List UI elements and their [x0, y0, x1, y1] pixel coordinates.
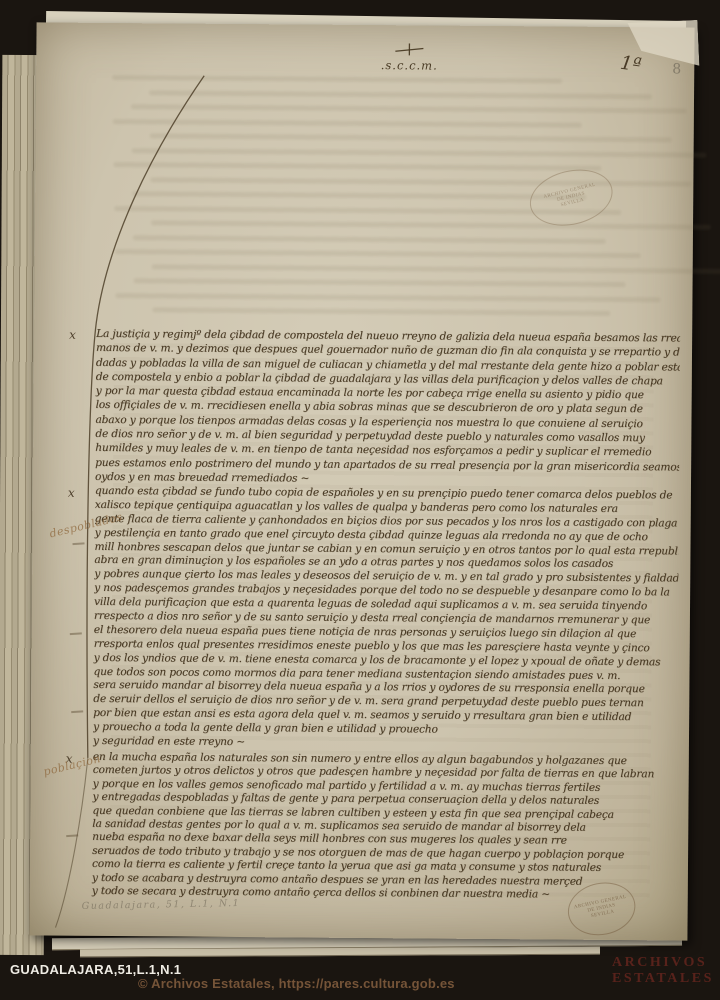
archive-scan-viewer: { "colors":{"background":"#1a1510","parc…	[0, 0, 720, 1000]
paragraph-mark: x	[68, 486, 75, 500]
manuscript-paragraph: xLa justiçia y regimjº dela çibdad de co…	[95, 327, 680, 489]
manuscript-page: .s.c.c.m. 1ª 8 xLa justiçia y regimjº de…	[29, 22, 694, 940]
archive-watermark: ARCHIVOS ESTATALES	[612, 955, 720, 987]
archive-reference: GUADALAJARA,51,L.1,N.1	[10, 962, 181, 977]
viewer-footer: GUADALAJARA,51,L.1,N.1 © Archivos Estata…	[0, 945, 720, 1000]
copyright-url: © Archivos Estatales, https://pares.cult…	[138, 976, 455, 991]
watermark-line: ESTATALES	[612, 971, 720, 987]
manuscript-text: xLa justiçia y regimjº dela çibdad de co…	[29, 22, 694, 940]
paragraph-mark: x	[69, 328, 76, 342]
manuscript-paragraph: xquando esta çibdad se fundo tubo copia …	[93, 485, 679, 754]
watermark-line: ARCHIVOS	[612, 955, 720, 971]
